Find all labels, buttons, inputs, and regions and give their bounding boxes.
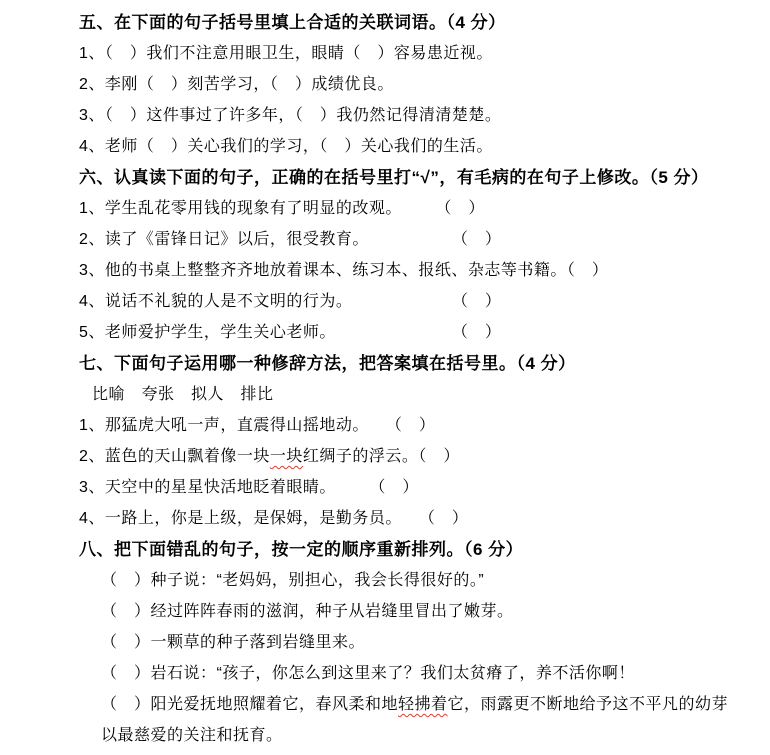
section-6-heading: 六、认真读下面的句子，正确的在括号里打“√”，有毛病的在句子上修改。（5 分） — [79, 162, 770, 193]
spellcheck-wavy-underline: 轻拂着 — [398, 696, 448, 713]
section-5-question-3: 3、（ ）这件事过了许多年，（ ）我仍然记得清清楚楚。 — [79, 100, 770, 131]
section-8-sentence-3: （ ）一颗草的种子落到岩缝里来。 — [101, 627, 770, 658]
section-5-heading: 五、在下面的句子括号里填上合适的关联词语。（4 分） — [79, 7, 770, 38]
section-8-sentence-4: （ ）岩石说：“孩子，你怎么到这里来了？我们太贫瘠了，养不活你啊！ — [101, 658, 770, 689]
word-bank: 比喻 夸张 拟人 排比 — [92, 379, 770, 410]
section-8-sentence-5: （ ）阳光爱抚地照耀着它，春风柔和地轻拂着它，雨露更不断地给予这不平凡的幼芽 — [101, 689, 770, 720]
section-8-sentence-1: （ ）种子说：“老妈妈，别担心，我会长得很好的。” — [101, 565, 770, 596]
section-5-question-4: 4、老师（ ）关心我们的学习，（ ）关心我们的生活。 — [79, 131, 770, 162]
section-7-question-2: 2、蓝色的天山飘着像一块一块红绸子的浮云。（ ） — [79, 441, 770, 472]
section-7-heading: 七、下面句子运用哪一种修辞方法，把答案填在括号里。（4 分） — [79, 348, 770, 379]
section-6-question-3: 3、他的书桌上整整齐齐地放着课本、练习本、报纸、杂志等书籍。（ ） — [79, 255, 770, 286]
section-7-question-1: 1、那猛虎大吼一声，直震得山摇地动。 （ ） — [79, 410, 770, 441]
section-6-question-1: 1、学生乱花零用钱的现象有了明显的改观。 （ ） — [79, 193, 770, 224]
section-7-question-4: 4、一路上，你是上级，是保姆，是勤务员。 （ ） — [79, 503, 770, 534]
section-8-heading: 八、把下面错乱的句子，按一定的顺序重新排列。（6 分） — [79, 534, 770, 565]
question-text-before: 2、蓝色的天山飘着像一块 — [79, 448, 270, 465]
section-5-question-2: 2、李刚（ ）刻苦学习，（ ）成绩优良。 — [79, 69, 770, 100]
section-8-sentence-2: （ ）经过阵阵春雨的滋润，种子从岩缝里冒出了嫩芽。 — [101, 596, 770, 627]
question-text-after: 它，雨露更不断地给予这不平凡的幼芽 — [448, 696, 729, 713]
spellcheck-wavy-underline: 一块 — [270, 448, 303, 465]
exam-paper: 五、在下面的句子括号里填上合适的关联词语。（4 分） 1、（ ）我们不注意用眼卫… — [0, 0, 770, 751]
section-8-sentence-5-continuation: 以最慈爱的关注和抚育。 — [101, 720, 770, 751]
section-6-question-2: 2、读了《雷锋日记》以后，很受教育。 （ ） — [79, 224, 770, 255]
section-5-question-1: 1、（ ）我们不注意用眼卫生，眼睛（ ）容易患近视。 — [79, 38, 770, 69]
section-6-question-4: 4、说话不礼貌的人是不文明的行为。 （ ） — [79, 286, 770, 317]
section-6-question-5: 5、老师爱护学生，学生关心老师。 （ ） — [79, 317, 770, 348]
question-text-after: 红绸子的浮云。（ ） — [303, 448, 460, 465]
section-7-question-3: 3、天空中的星星快活地眨着眼睛。 （ ） — [79, 472, 770, 503]
question-text-before: （ ）阳光爱抚地照耀着它，春风柔和地 — [101, 696, 398, 713]
